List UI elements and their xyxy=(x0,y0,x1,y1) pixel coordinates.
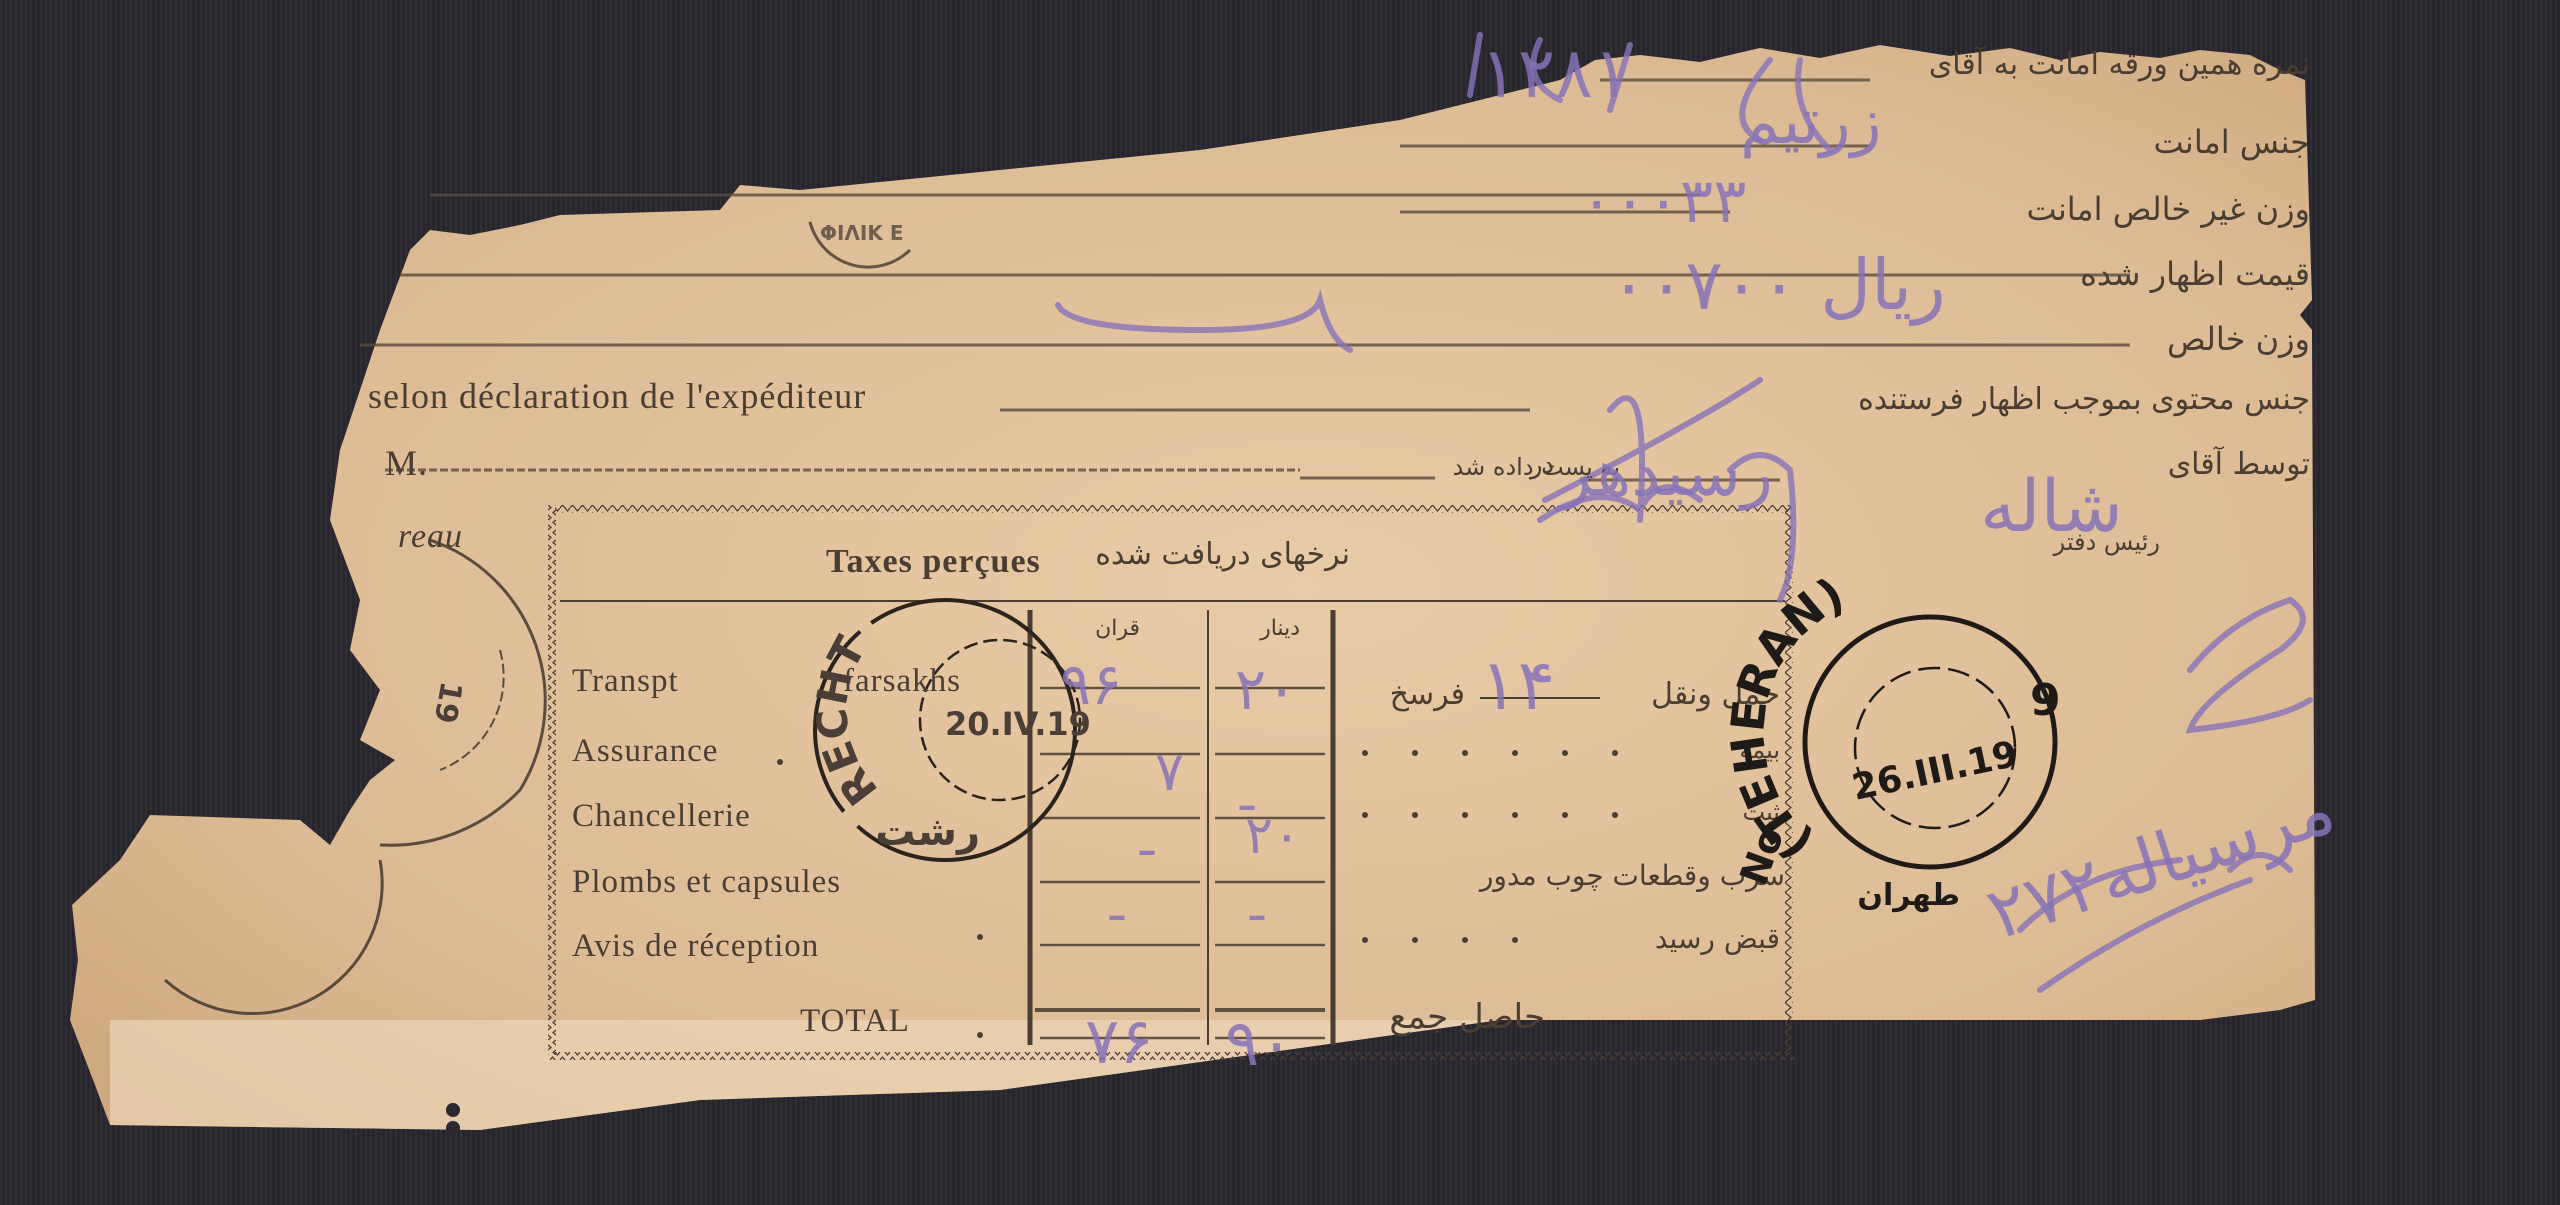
handwritten-registration-dinar: ۲۰ xyxy=(1245,810,1301,862)
row-label-plombs: Plombs et capsules xyxy=(572,866,841,899)
row-label-transport: Transpt xyxy=(572,665,679,698)
handwritten-distance: ۱۴ xyxy=(1480,650,1555,720)
field-label-via: توسط آقای xyxy=(2150,450,2310,480)
row-label-receipt-fa: قبض رسید xyxy=(1560,925,1780,953)
row-label-seals-fa: سرب وقطعات چوب مدور xyxy=(1345,862,1785,890)
handwritten-insurance-kran: ۷ xyxy=(1155,745,1184,799)
paper-outline xyxy=(70,45,2315,1130)
row-label-registration-fa: ثبت xyxy=(1640,800,1780,824)
handwritten-transport-kran: ۹۶ xyxy=(1060,655,1122,713)
column-header-kran: قران xyxy=(1060,618,1140,640)
handwritten-seals-kran: ـ xyxy=(1110,880,1124,928)
document-scan: ΦΙΛΙΚ Ε نمره همین xyxy=(0,0,2560,1205)
handwritten-total-kran: ۷۶ xyxy=(1085,1010,1154,1074)
row-label-total-fa: حاصل جمع xyxy=(1345,1000,1545,1034)
field-label-goods-type: جنس امانت xyxy=(2030,126,2310,158)
handwritten-seals-dinar: ـ xyxy=(1250,880,1264,928)
declaration-label: selon déclaration de l'expéditeur xyxy=(368,378,866,414)
row-label-total: TOTAL xyxy=(800,1005,910,1038)
field-label-gross-weight: وزن غیر خالص امانت xyxy=(1990,193,2310,225)
svg-text:ΦΙΛΙΚ Ε: ΦΙΛΙΚ Ε xyxy=(820,221,904,245)
field-label-declared-value: قیمت اظهار شده xyxy=(1990,258,2310,290)
handwritten-goods-type: زرتیم xyxy=(1740,90,1882,154)
row-label-avis: Avis de réception xyxy=(572,930,819,963)
row-label-assurance: Assurance xyxy=(572,735,718,768)
handwritten-registration-kran: ـ xyxy=(1140,815,1154,863)
row-label-transport-fa: حمل ونقل xyxy=(1600,680,1780,710)
handwritten-gross-weight: ۰۰۰۳۳ xyxy=(1580,170,1747,232)
handwritten-signature-2: شاله xyxy=(1980,470,2123,542)
row-label-insurance-fa: بیمه xyxy=(1640,738,1780,762)
field-label-contents: جنس محتوی بموجب اظهار فرستنده xyxy=(1540,385,2310,415)
field-label-receipt-number: نمره همین ورقه امانت به آقای xyxy=(1870,50,2310,80)
handwritten-declared-value: ۰۰۷۰۰ ريال xyxy=(1610,250,1946,320)
field-label-net-weight: وزن خالص xyxy=(2050,323,2310,355)
handwritten-signature-1: رسیدهر xyxy=(1560,440,1773,506)
handwritten-receipt-number: ۱۲۸۱ xyxy=(1480,38,1630,108)
row-label-chancellerie: Chancellerie xyxy=(572,800,751,833)
taxes-title-fr: Taxes perçues xyxy=(826,545,1041,579)
handwritten-transport-dinar: ۲۰ xyxy=(1235,660,1297,718)
monsieur-label: M. xyxy=(385,445,428,481)
bureau-fragment: reau xyxy=(398,520,463,554)
row-unit-farsakhs: farsakhs xyxy=(843,665,961,698)
column-header-dinar: دینار xyxy=(1220,618,1300,640)
taxes-title-fa: نرخهای دریافت شده xyxy=(1150,540,1350,570)
handwritten-total-dinar: ۹۰ xyxy=(1225,1012,1294,1076)
row-unit-farsakh-fa: فرسخ xyxy=(1345,680,1465,710)
